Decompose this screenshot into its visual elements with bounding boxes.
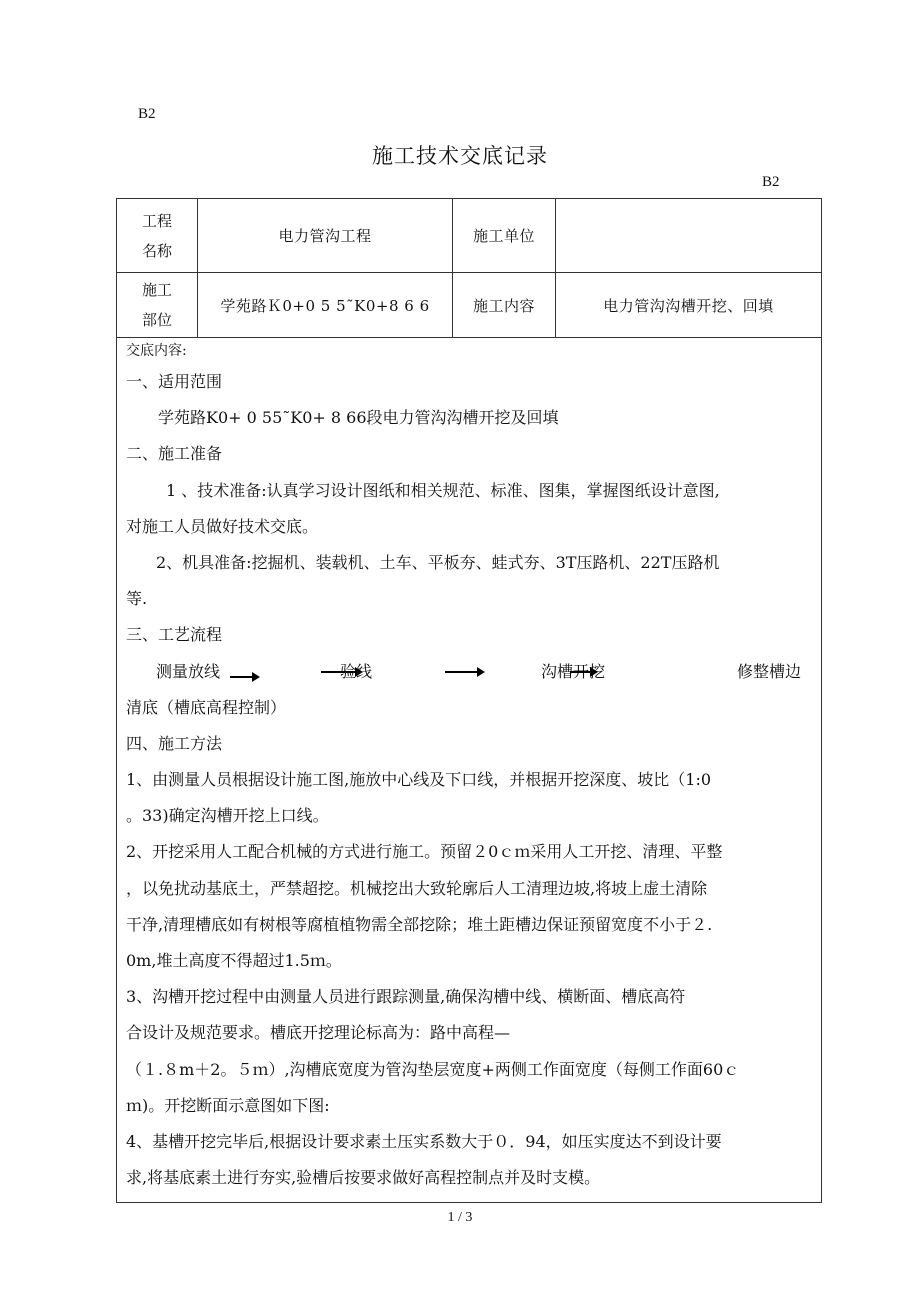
location-label-cell: 施工 部位 [117,273,198,338]
scope-text: 学苑路K0+ 0 55˜K0+ 8 66段电力管沟沟槽开挖及回填 [126,400,813,436]
content-value-cell: 电力管沟沟槽开挖、回填 [556,273,822,338]
method-line-8: 合设计及规范要求。槽底开挖理论标高为：路中高程— [126,1015,813,1051]
section-heading-process-flow: 三、工艺流程 [126,617,813,653]
process-flow-diagram: 测量放线 验线 沟槽开挖 修整槽边 [126,654,813,690]
section-heading-scope: 一、适用范围 [126,364,813,400]
method-line-9: （１.８m＋2。５ｍ）,沟槽底宽度为管沟垫层宽度+两侧工作面宽度（每侧工作面60… [126,1052,813,1088]
disclosure-intro-label: 交底内容: [126,340,813,364]
table-row-location: 施工 部位 学苑路Ｋ0+0 5 5˜K0+8 6 6 施工内容 电力管沟沟槽开挖… [117,273,822,338]
disclosure-record-table: 工程 名称 电力管沟工程 施工单位 施工 部位 学苑路Ｋ0+0 5 5˜K0+8… [116,198,822,1203]
content-label: 施工内容 [473,297,535,315]
section-heading-preparation: 二、施工准备 [126,436,813,472]
method-line-7: 3、沟槽开挖过程中由测量人员进行跟踪测量,确保沟槽中线、横断面、槽底高符 [126,979,813,1015]
construction-unit-label: 施工单位 [473,227,535,245]
method-line-3: 2、开挖采用人工配合机械的方式进行施工。预留２0ｃｍ采用人工开挖、清理、平整 [126,834,813,870]
document-title: 施工技术交底记录 [0,140,920,170]
table-row-disclosure: 交底内容: 一、适用范围 学苑路K0+ 0 55˜K0+ 8 66段电力管沟沟槽… [117,338,822,1203]
method-line-5: 干净,清理槽底如有树根等腐植植物需全部挖除；堆土距槽边保证预留宽度不小于２. [126,907,813,943]
project-name-value-cell: 电力管沟工程 [198,199,453,273]
preparation-line-2: 对施工人员做好技术交底。 [126,509,813,545]
page-indicator: 1 / 3 [0,1210,920,1226]
form-code-top-left: B2 [138,106,156,123]
method-line-2: 。33)确定沟槽开挖上口线。 [126,798,813,834]
location-label-line2: 部位 [142,305,172,335]
construction-unit-label-cell: 施工单位 [453,199,556,273]
flow-arrow-icon [570,671,596,673]
flow-step-trim: 修整槽边 [737,654,801,690]
content-value: 电力管沟沟槽开挖、回填 [603,297,774,315]
flow-arrow-icon [230,676,258,678]
project-name-label-cell: 工程 名称 [117,199,198,273]
table-row-project: 工程 名称 电力管沟工程 施工单位 [117,199,822,273]
method-line-10: ｍ)。开挖断面示意图如下图: [126,1088,813,1124]
form-code-top-right: B2 [762,174,780,191]
method-line-11: 4、基槽开挖完毕后,根据设计要求素土压实系数大于０．94，如压实度达不到设计要 [126,1124,813,1160]
project-name-value: 电力管沟工程 [278,227,371,245]
preparation-line-1: 1 、技术准备:认真学习设计图纸和相关规范、标准、图集，掌握图纸设计意图, [126,473,813,509]
disclosure-content-cell: 交底内容: 一、适用范围 学苑路K0+ 0 55˜K0+ 8 66段电力管沟沟槽… [117,338,822,1203]
flow-step-survey: 测量放线 [156,654,220,690]
method-line-12: 求,将基底素土进行夯实,验槽后按要求做好高程控制点并及时支模。 [126,1160,813,1196]
preparation-line-4: 等. [126,581,813,617]
flow-arrow-icon [445,671,483,673]
project-name-label-line2: 名称 [142,236,172,266]
section-heading-method: 四、施工方法 [126,726,813,762]
method-line-1: 1、由测量人员根据设计施工图,施放中心线及下口线，并根据开挖深度、坡比（1:0 [126,762,813,798]
project-name-label-line1: 工程 [142,206,172,236]
location-label-line1: 施工 [142,275,172,305]
method-line-6: 0m,堆土高度不得超过1.5ｍ。 [126,943,813,979]
flow-step-verify: 验线 [340,654,372,690]
location-value: 学苑路Ｋ0+0 5 5˜K0+8 6 6 [220,297,429,315]
preparation-line-3: 2、机具准备:挖掘机、装载机、土车、平板夯、蛙式夯、3T压路机、22T压路机 [126,545,813,581]
process-flow-continuation: 清底（槽底高程控制） [126,690,813,726]
method-line-4: ，以免扰动基底土，严禁超挖。机械挖出大致轮廓后人工清理边坡,将坡上虚土清除 [126,871,813,907]
content-label-cell: 施工内容 [453,273,556,338]
location-value-cell: 学苑路Ｋ0+0 5 5˜K0+8 6 6 [198,273,453,338]
construction-unit-value-cell [556,199,822,273]
